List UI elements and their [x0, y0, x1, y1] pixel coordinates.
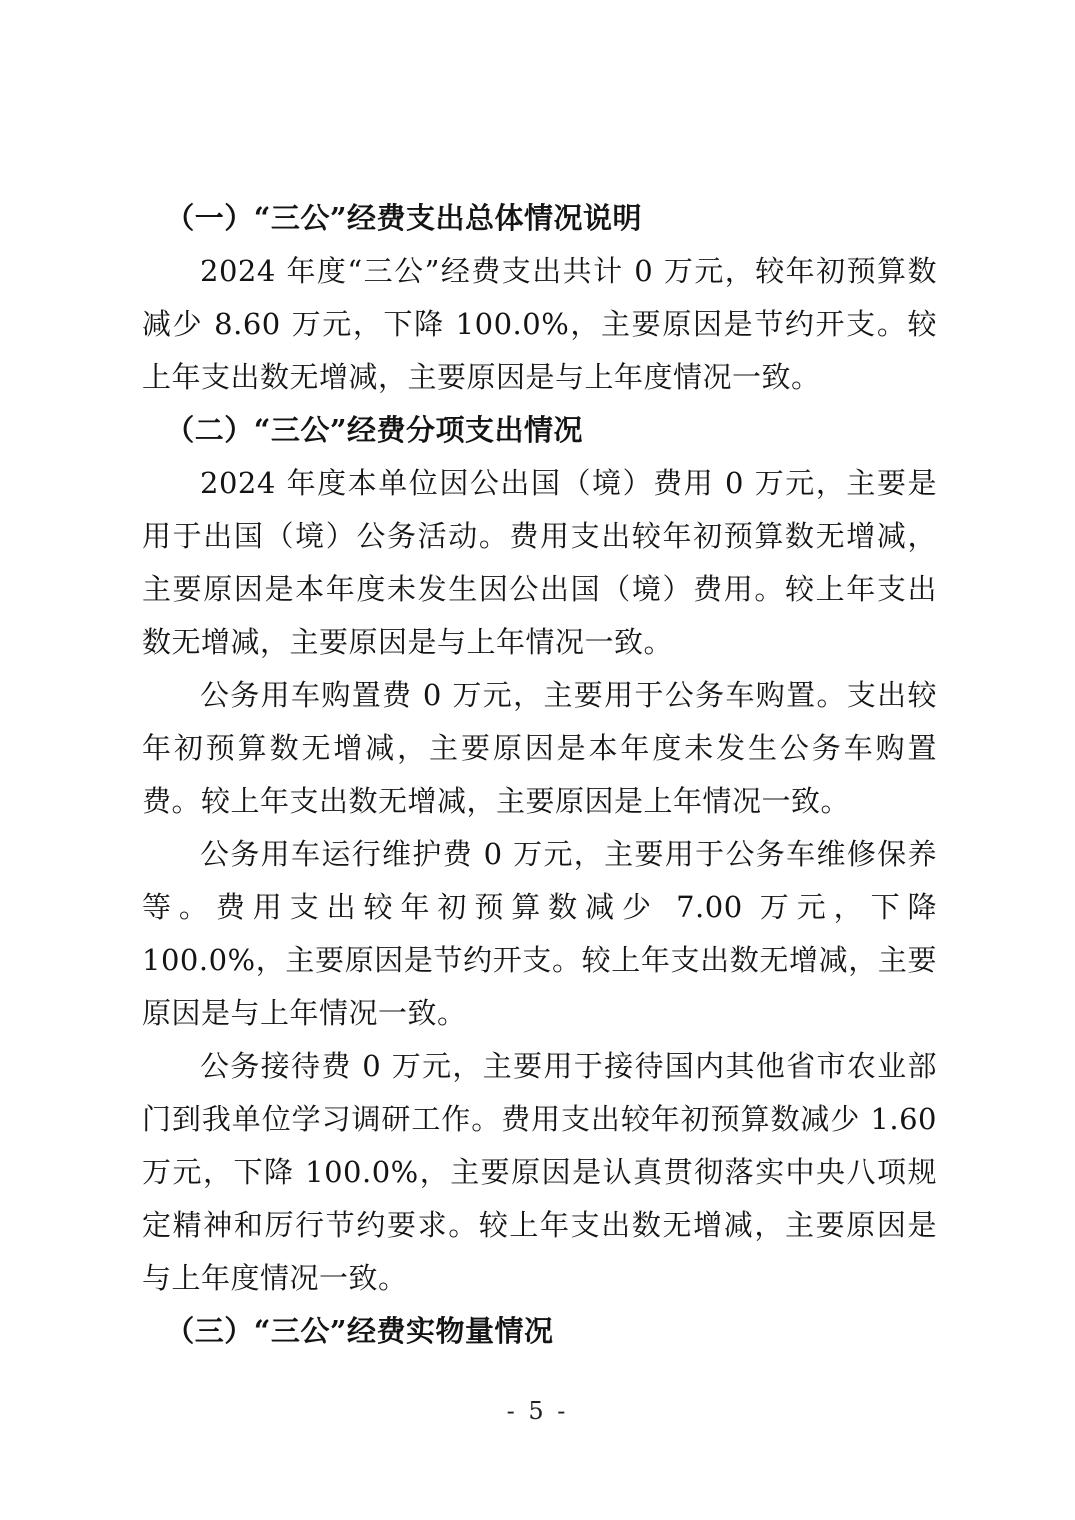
paragraph-official-reception: 公务接待费 0 万元，主要用于接待国内其他省市农业部门到我单位学习调研工作。费用… — [142, 1040, 937, 1305]
page-footer: - 5 - — [0, 1396, 1075, 1426]
section-heading-2: （二）“三公”经费分项支出情况 — [142, 404, 937, 457]
page-number: - 5 - — [507, 1397, 569, 1425]
document-page: （一）“三公”经费支出总体情况说明 2024 年度“三公”经费支出共计 0 万元… — [0, 0, 1075, 1520]
section-heading-1: （一）“三公”经费支出总体情况说明 — [142, 192, 937, 245]
document-body: （一）“三公”经费支出总体情况说明 2024 年度“三公”经费支出共计 0 万元… — [142, 192, 937, 1358]
paragraph-vehicle-purchase: 公务用车购置费 0 万元，主要用于公务车购置。支出较年初预算数无增减，主要原因是… — [142, 669, 937, 828]
paragraph-vehicle-maintenance: 公务用车运行维护费 0 万元，主要用于公务车维修保养等。费用支出较年初预算数减少… — [142, 828, 937, 1040]
section-heading-3: （三）“三公”经费实物量情况 — [142, 1305, 937, 1358]
paragraph-overall-spending: 2024 年度“三公”经费支出共计 0 万元，较年初预算数减少 8.60 万元，… — [142, 245, 937, 404]
paragraph-overseas-trips: 2024 年度本单位因公出国（境）费用 0 万元，主要是用于出国（境）公务活动。… — [142, 457, 937, 669]
